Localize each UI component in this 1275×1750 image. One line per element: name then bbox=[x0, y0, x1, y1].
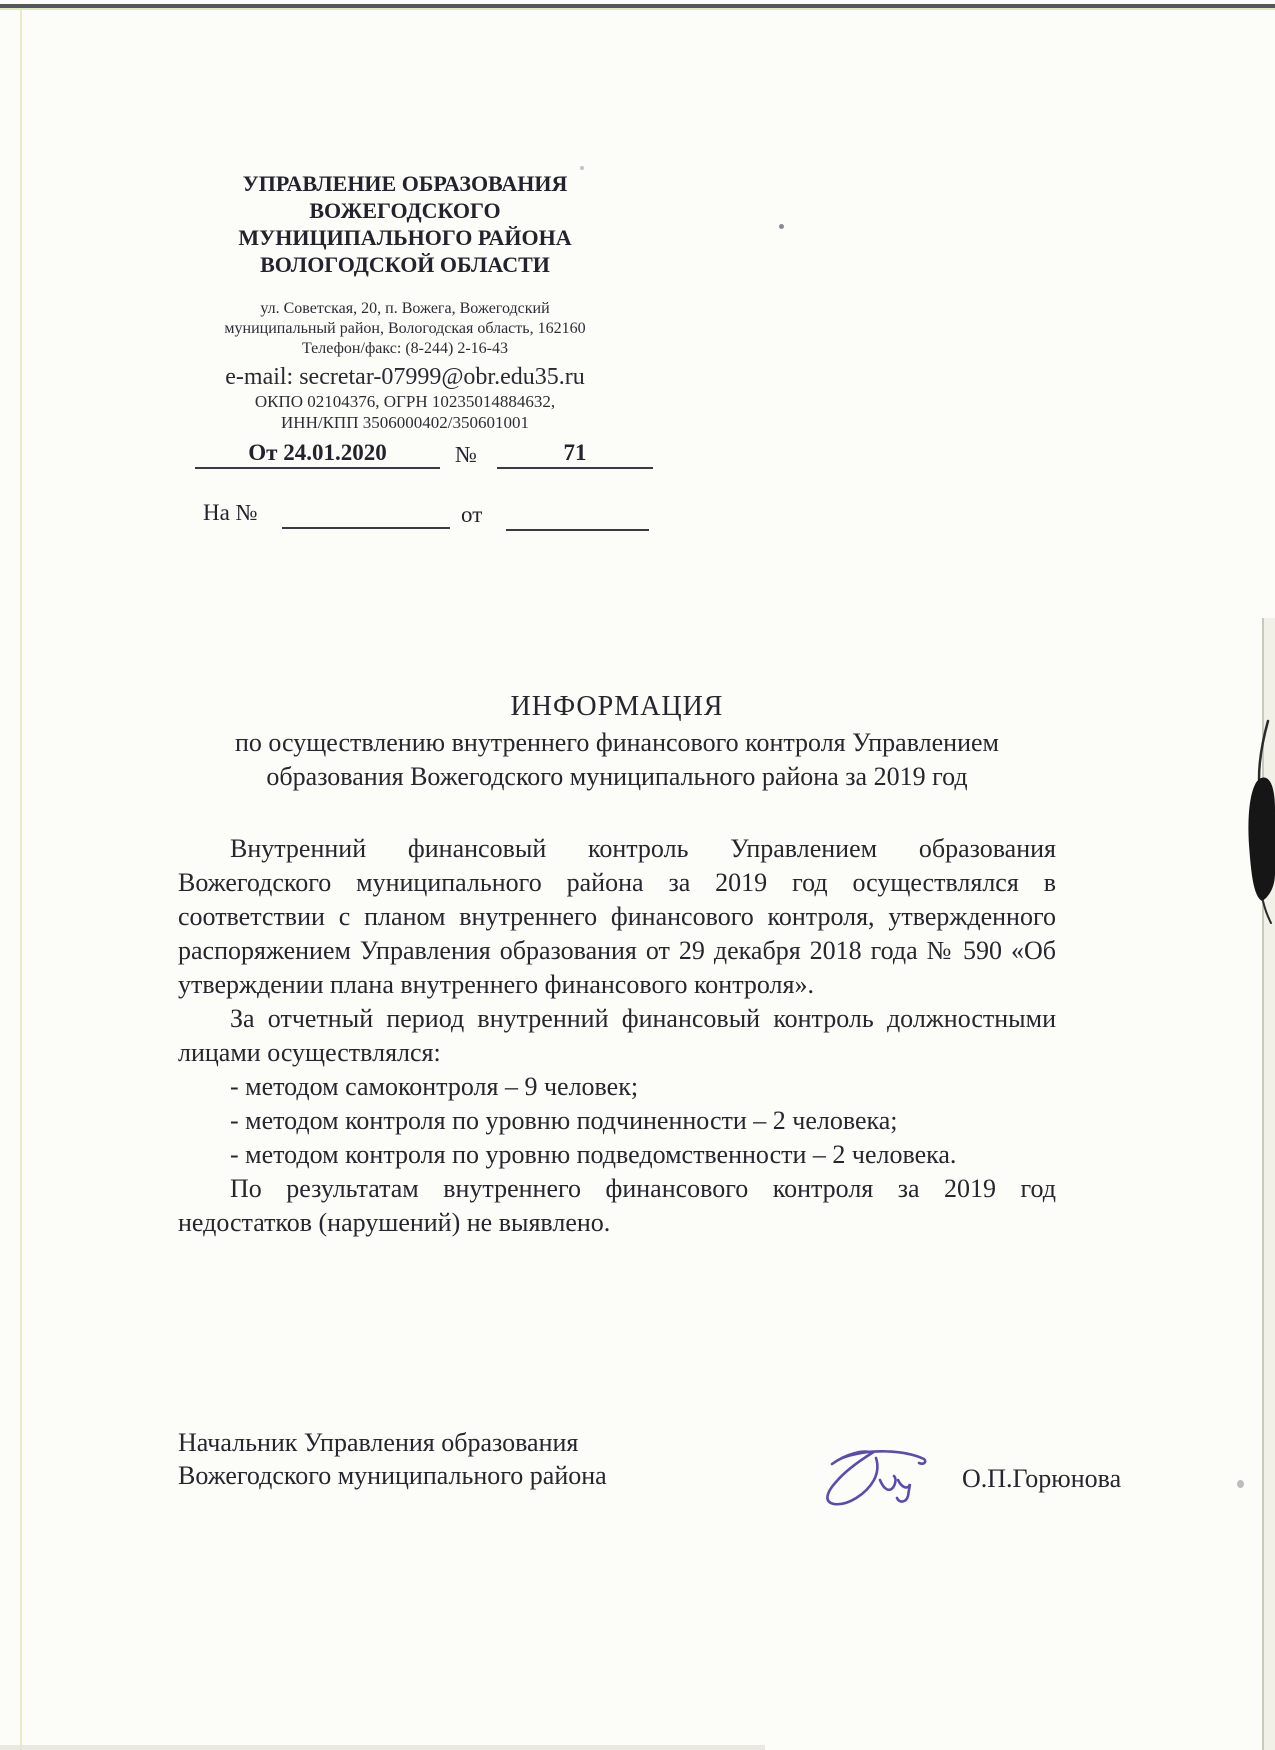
address-line: Телефон/факс: (8-244) 2-16-43 bbox=[165, 339, 645, 359]
number-sign: № bbox=[455, 442, 477, 468]
body-paragraph: За отчетный период внутренний финансовый… bbox=[178, 1002, 1056, 1070]
letter-body: ИНФОРМАЦИЯ по осуществлению внутреннего … bbox=[178, 690, 1056, 1240]
address-line: ул. Советская, 20, п. Вожега, Вожегодски… bbox=[165, 299, 645, 319]
org-email: e-mail: secretar-07999@obr.edu35.ru bbox=[165, 363, 645, 391]
handwritten-signature bbox=[812, 1438, 942, 1518]
scan-left-edge bbox=[20, 9, 22, 1750]
document-title: ИНФОРМАЦИЯ bbox=[178, 690, 1056, 724]
codes-line: ИНН/КПП 3506000402/350601001 bbox=[165, 412, 645, 433]
scan-speck bbox=[1237, 1480, 1244, 1488]
signatory-name: О.П.Горюнова bbox=[962, 1464, 1121, 1494]
org-address: ул. Советская, 20, п. Вожега, Вожегодски… bbox=[165, 299, 645, 359]
scan-top-edge-tint bbox=[0, 8, 1275, 10]
reply-label: На № bbox=[203, 500, 258, 526]
org-name-line: УПРАВЛЕНИЕ ОБРАЗОВАНИЯ bbox=[165, 170, 645, 197]
body-paragraph: Внутренний финансовый контроль Управлени… bbox=[178, 832, 1056, 1002]
document-subtitle: по осуществлению внутреннего финансового… bbox=[178, 726, 1056, 794]
list-item: - методом контроля по уровню подчиненнос… bbox=[178, 1104, 1056, 1138]
letter-number: 71 bbox=[497, 440, 653, 466]
letter-date: От 24.01.2020 bbox=[195, 440, 440, 466]
org-name: УПРАВЛЕНИЕ ОБРАЗОВАНИЯ ВОЖЕГОДСКОГО МУНИ… bbox=[165, 170, 645, 278]
codes-line: ОКПО 02104376, ОГРН 10235014884632, bbox=[165, 391, 645, 412]
reply-date-underline bbox=[506, 505, 649, 531]
signatory-position-line: Начальник Управления образования bbox=[178, 1426, 607, 1459]
signatory-position: Начальник Управления образования Вожегод… bbox=[178, 1426, 607, 1492]
letterhead: УПРАВЛЕНИЕ ОБРАЗОВАНИЯ ВОЖЕГОДСКОГО МУНИ… bbox=[165, 170, 645, 433]
reply-from-label: от bbox=[461, 502, 482, 528]
org-name-line: ВОЖЕГОДСКОГО bbox=[165, 197, 645, 224]
list-item: - методом контроля по уровню подведомств… bbox=[178, 1138, 1056, 1172]
scan-bottom-edge bbox=[0, 1745, 765, 1750]
org-name-line: МУНИЦИПАЛЬНОГО РАЙОНА bbox=[165, 224, 645, 251]
org-name-line: ВОЛОГОДСКОЙ ОБЛАСТИ bbox=[165, 251, 645, 278]
closing-paragraph: По результатам внутреннего финансового к… bbox=[178, 1172, 1056, 1240]
list-item: - методом самоконтроля – 9 человек; bbox=[178, 1070, 1056, 1104]
scanned-letter-page: УПРАВЛЕНИЕ ОБРАЗОВАНИЯ ВОЖЕГОДСКОГО МУНИ… bbox=[0, 0, 1275, 1750]
address-line: муниципальный район, Вологодская область… bbox=[165, 319, 645, 339]
reply-number-underline bbox=[282, 503, 450, 529]
signatory-position-line: Вожегодского муниципального района bbox=[178, 1459, 607, 1492]
scan-ink-blob bbox=[1235, 715, 1275, 925]
org-codes: ОКПО 02104376, ОГРН 10235014884632, ИНН/… bbox=[165, 391, 645, 433]
scan-speck bbox=[779, 224, 784, 229]
